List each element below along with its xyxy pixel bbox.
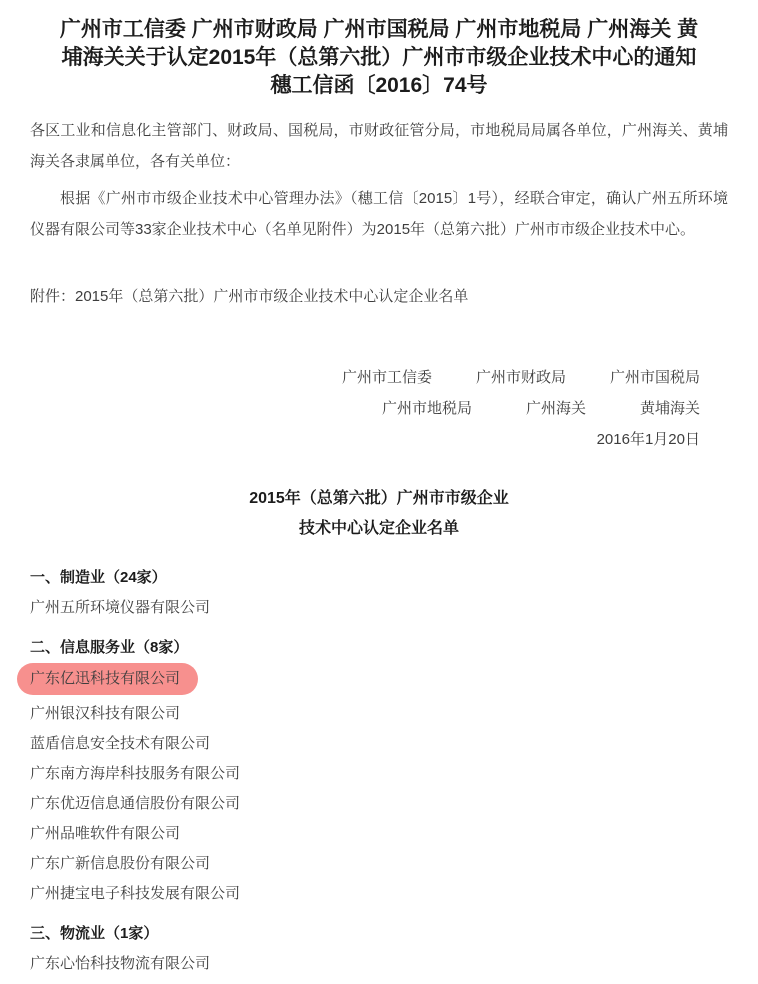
- document-title-line-2: 埔海关关于认定2015年（总第六批）广州市市级企业技术中心的通知: [26, 44, 732, 72]
- company-item: 广州五所环境仪器有限公司: [30, 593, 728, 623]
- signature-row-1: 广州市工信委 广州市财政局 广州市国税局: [342, 362, 700, 393]
- company-item-highlighted: 广东亿迅科技有限公司: [30, 663, 728, 695]
- signer-caizhengju: 广州市财政局: [476, 362, 566, 393]
- company-item: 广东心怡科技物流有限公司: [30, 949, 728, 979]
- signer-huangpu-haiguan: 黄埔海关: [640, 393, 700, 424]
- body-paragraph: 根据《广州市市级企业技术中心管理办法》（穗工信〔2015〕1号），经联合审定，确…: [30, 183, 728, 245]
- attachment-list-title-line-1: 2015年（总第六批）广州市市级企业: [0, 484, 758, 514]
- company-item: 广东广新信息股份有限公司: [30, 849, 728, 879]
- company-item: 广州银汉科技有限公司: [30, 699, 728, 729]
- signature-row-2: 广州市地税局 广州海关 黄埔海关: [382, 393, 700, 424]
- signer-gongxinwei: 广州市工信委: [342, 362, 432, 393]
- salutation-paragraph: 各区工业和信息化主管部门、财政局、国税局，市财政征管分局，市地税局局属各单位，广…: [30, 115, 728, 177]
- company-item: 广东南方海岸科技服务有限公司: [30, 759, 728, 789]
- section-heading-logistics: 三、物流业（1家）: [30, 919, 728, 949]
- document-number: 穗工信函〔2016〕74号: [26, 72, 732, 100]
- highlight-annotation: 广东亿迅科技有限公司: [17, 663, 198, 695]
- signature-date: 2016年1月20日: [597, 424, 700, 455]
- section-heading-manufacturing: 一、制造业（24家）: [30, 563, 728, 593]
- company-item: 广州品唯软件有限公司: [30, 819, 728, 849]
- attachment-list-title-line-2: 技术中心认定企业名单: [0, 514, 758, 544]
- signer-guoshuiju: 广州市国税局: [610, 362, 700, 393]
- attachment-list-title: 2015年（总第六批）广州市市级企业 技术中心认定企业名单: [0, 484, 758, 544]
- signer-dishuiju: 广州市地税局: [382, 393, 472, 424]
- attachment-note: 附件：2015年（总第六批）广州市市级企业技术中心认定企业名单: [30, 287, 728, 307]
- document-page: 广州市工信委 广州市财政局 广州市国税局 广州市地税局 广州海关 黄 埔海关关于…: [0, 0, 758, 984]
- company-list: 一、制造业（24家） 广州五所环境仪器有限公司 二、信息服务业（8家） 广东亿迅…: [30, 563, 728, 979]
- signature-block: 广州市工信委 广州市财政局 广州市国税局 广州市地税局 广州海关 黄埔海关 20…: [0, 362, 700, 455]
- document-title-line-1: 广州市工信委 广州市财政局 广州市国税局 广州市地税局 广州海关 黄: [26, 16, 732, 44]
- signer-guangzhou-haiguan: 广州海关: [526, 393, 586, 424]
- company-item: 广州捷宝电子科技发展有限公司: [30, 879, 728, 909]
- section-heading-information-services: 二、信息服务业（8家）: [30, 633, 728, 663]
- company-item: 广东优迈信息通信股份有限公司: [30, 789, 728, 819]
- company-item: 蓝盾信息安全技术有限公司: [30, 729, 728, 759]
- document-title: 广州市工信委 广州市财政局 广州市国税局 广州市地税局 广州海关 黄 埔海关关于…: [26, 0, 732, 100]
